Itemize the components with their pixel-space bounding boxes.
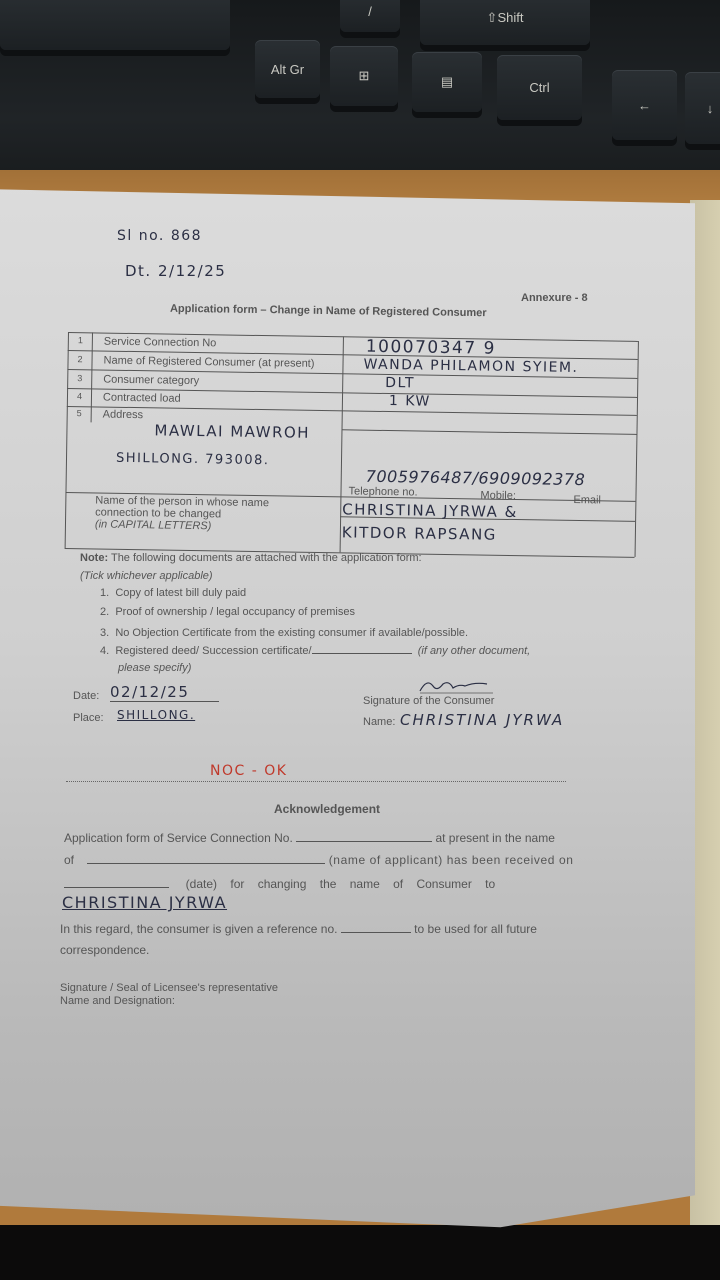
consumer-details-table: 1 Service Connection No 100070347 9 2 Na… [65, 332, 638, 557]
ack-text-part: at present in the name [435, 831, 554, 845]
ack-text: (date) for changing the name of Consumer… [64, 877, 495, 891]
list-item: 2. Proof of ownership / legal occupancy … [100, 606, 355, 618]
note-body: The following documents are attached wit… [111, 552, 422, 564]
email-label: Email [573, 494, 601, 506]
address-line-2: SHILLONG. 793008. [116, 451, 270, 468]
key-label: Shift [497, 10, 523, 25]
divider [340, 336, 344, 552]
note-text: Note: The following documents are attach… [80, 552, 422, 564]
list-item-number: 4. [100, 645, 109, 657]
key-space [0, 0, 230, 50]
keyboard: Alt Gr ⊞ ▤ Ctrl ⇧ Shift / ← ↓ [0, 0, 720, 170]
divider [66, 781, 566, 782]
list-item-text: Proof of ownership / legal occupancy of … [115, 606, 355, 618]
key-slash: / [340, 0, 400, 32]
key-label: / [368, 4, 372, 19]
divider [91, 332, 93, 422]
contracted-load-value: 1 KW [389, 393, 431, 410]
list-item: 1. Copy of latest bill duly paid [100, 587, 246, 599]
serial-number: Sl no. 868 [117, 228, 202, 244]
key-label: ← [638, 98, 651, 113]
consumer-name-value: CHRISTINA JYRWA [400, 711, 564, 729]
divider [67, 406, 637, 416]
key-shift: ⇧ Shift [420, 0, 590, 45]
name-label: Name: [363, 716, 395, 728]
key-label: Ctrl [529, 80, 549, 95]
menu-key-icon: ▤ [412, 52, 482, 112]
ack-text: Application form of Service Connection N… [64, 831, 555, 845]
blank-field [296, 841, 432, 842]
handwritten-date: Dt. 2/12/25 [125, 262, 226, 280]
list-item: 3. No Objection Certificate from the exi… [100, 627, 468, 639]
ack-text-part: (date) for changing the name of Consumer… [186, 877, 495, 891]
list-item-text: Registered deed/ Succession certificate/ [115, 645, 311, 657]
service-connection-no-value: 100070347 9 [366, 337, 496, 359]
signature-label: Signature of the Consumer [363, 695, 494, 707]
list-item-suffix: please specify) [118, 662, 191, 674]
new-name-value-1: CHRISTINA JYRWA & [342, 500, 518, 521]
key-ctrl: Ctrl [497, 55, 582, 120]
row-number: 5 [77, 408, 82, 418]
acknowledgement-title: Acknowledgement [274, 802, 380, 816]
note-instruction: (Tick whichever applicable) [80, 570, 213, 582]
address-line-1: MAWLAI MAWROH [154, 421, 310, 441]
ack-text-part: In this regard, the consumer is given a … [60, 922, 337, 936]
list-item-text: No Objection Certificate from the existi… [115, 627, 468, 639]
row-label: Name of Registered Consumer (at present) [103, 355, 314, 370]
row-number: 4 [77, 391, 82, 401]
blank-field [341, 932, 411, 933]
note-heading: Note: [80, 552, 108, 564]
blank-field [312, 653, 412, 654]
key-left-arrow: ← [612, 70, 677, 140]
licensee-signature-label: Signature / Seal of Licensee's represent… [60, 982, 278, 994]
ack-text: correspondence. [60, 943, 149, 957]
ack-text: of (name of applicant) has been received… [64, 853, 574, 867]
row-number: 1 [78, 335, 83, 345]
key-label: Alt Gr [271, 62, 304, 77]
ack-text-part: to be used for all future [414, 922, 537, 936]
registered-consumer-value: WANDA PHILAMON SYIEM. [363, 357, 578, 376]
place-value: SHILLONG. [117, 708, 195, 722]
list-item-text: Copy of latest bill duly paid [115, 587, 246, 599]
annexure-label: Annexure - 8 [521, 292, 588, 304]
divider [341, 429, 636, 435]
dark-surface [0, 1225, 720, 1280]
blank-field [87, 863, 325, 864]
ack-text-part: Application form of Service Connection N… [64, 831, 293, 845]
key-alt-gr: Alt Gr [255, 40, 320, 98]
ack-text: In this regard, the consumer is given a … [60, 922, 537, 936]
list-item-number: 3. [100, 627, 109, 639]
key-down-arrow: ↓ [685, 72, 720, 144]
row-label: Address [103, 409, 144, 422]
row-number: 2 [77, 354, 82, 364]
date-label: Date: [73, 690, 99, 702]
ack-text-part: of [64, 853, 74, 867]
consumer-category-value: DLT [385, 375, 415, 391]
new-name-label: (in CAPITAL LETTERS) [95, 518, 212, 532]
list-item-number: 2. [100, 606, 109, 618]
row-label: Consumer category [103, 374, 199, 388]
ack-new-consumer-name: CHRISTINA JYRWA [62, 893, 227, 912]
row-label: Contracted load [103, 392, 181, 405]
application-form-paper [0, 168, 695, 1238]
windows-key-icon: ⊞ [330, 46, 398, 106]
noc-stamp: NOC - OK [210, 763, 287, 779]
new-name-value-2: KITDOR RAPSANG [342, 523, 497, 543]
licensee-name-label: Name and Designation: [60, 995, 175, 1007]
mobile-label: Mobile: [480, 489, 516, 502]
place-label: Place: [73, 712, 104, 724]
row-number: 3 [77, 373, 82, 383]
list-item: 4. Registered deed/ Succession certifica… [100, 645, 530, 657]
list-item-suffix: (if any other document, [418, 645, 531, 657]
row-label: Service Connection No [104, 336, 217, 350]
list-item-number: 1. [100, 587, 109, 599]
ack-text-part: (name of applicant) has been received on [329, 853, 574, 867]
blank-field [64, 887, 169, 888]
telephone-label: Telephone no. [348, 485, 417, 498]
consumer-signature-icon [415, 676, 495, 696]
date-value: 02/12/25 [110, 683, 219, 702]
